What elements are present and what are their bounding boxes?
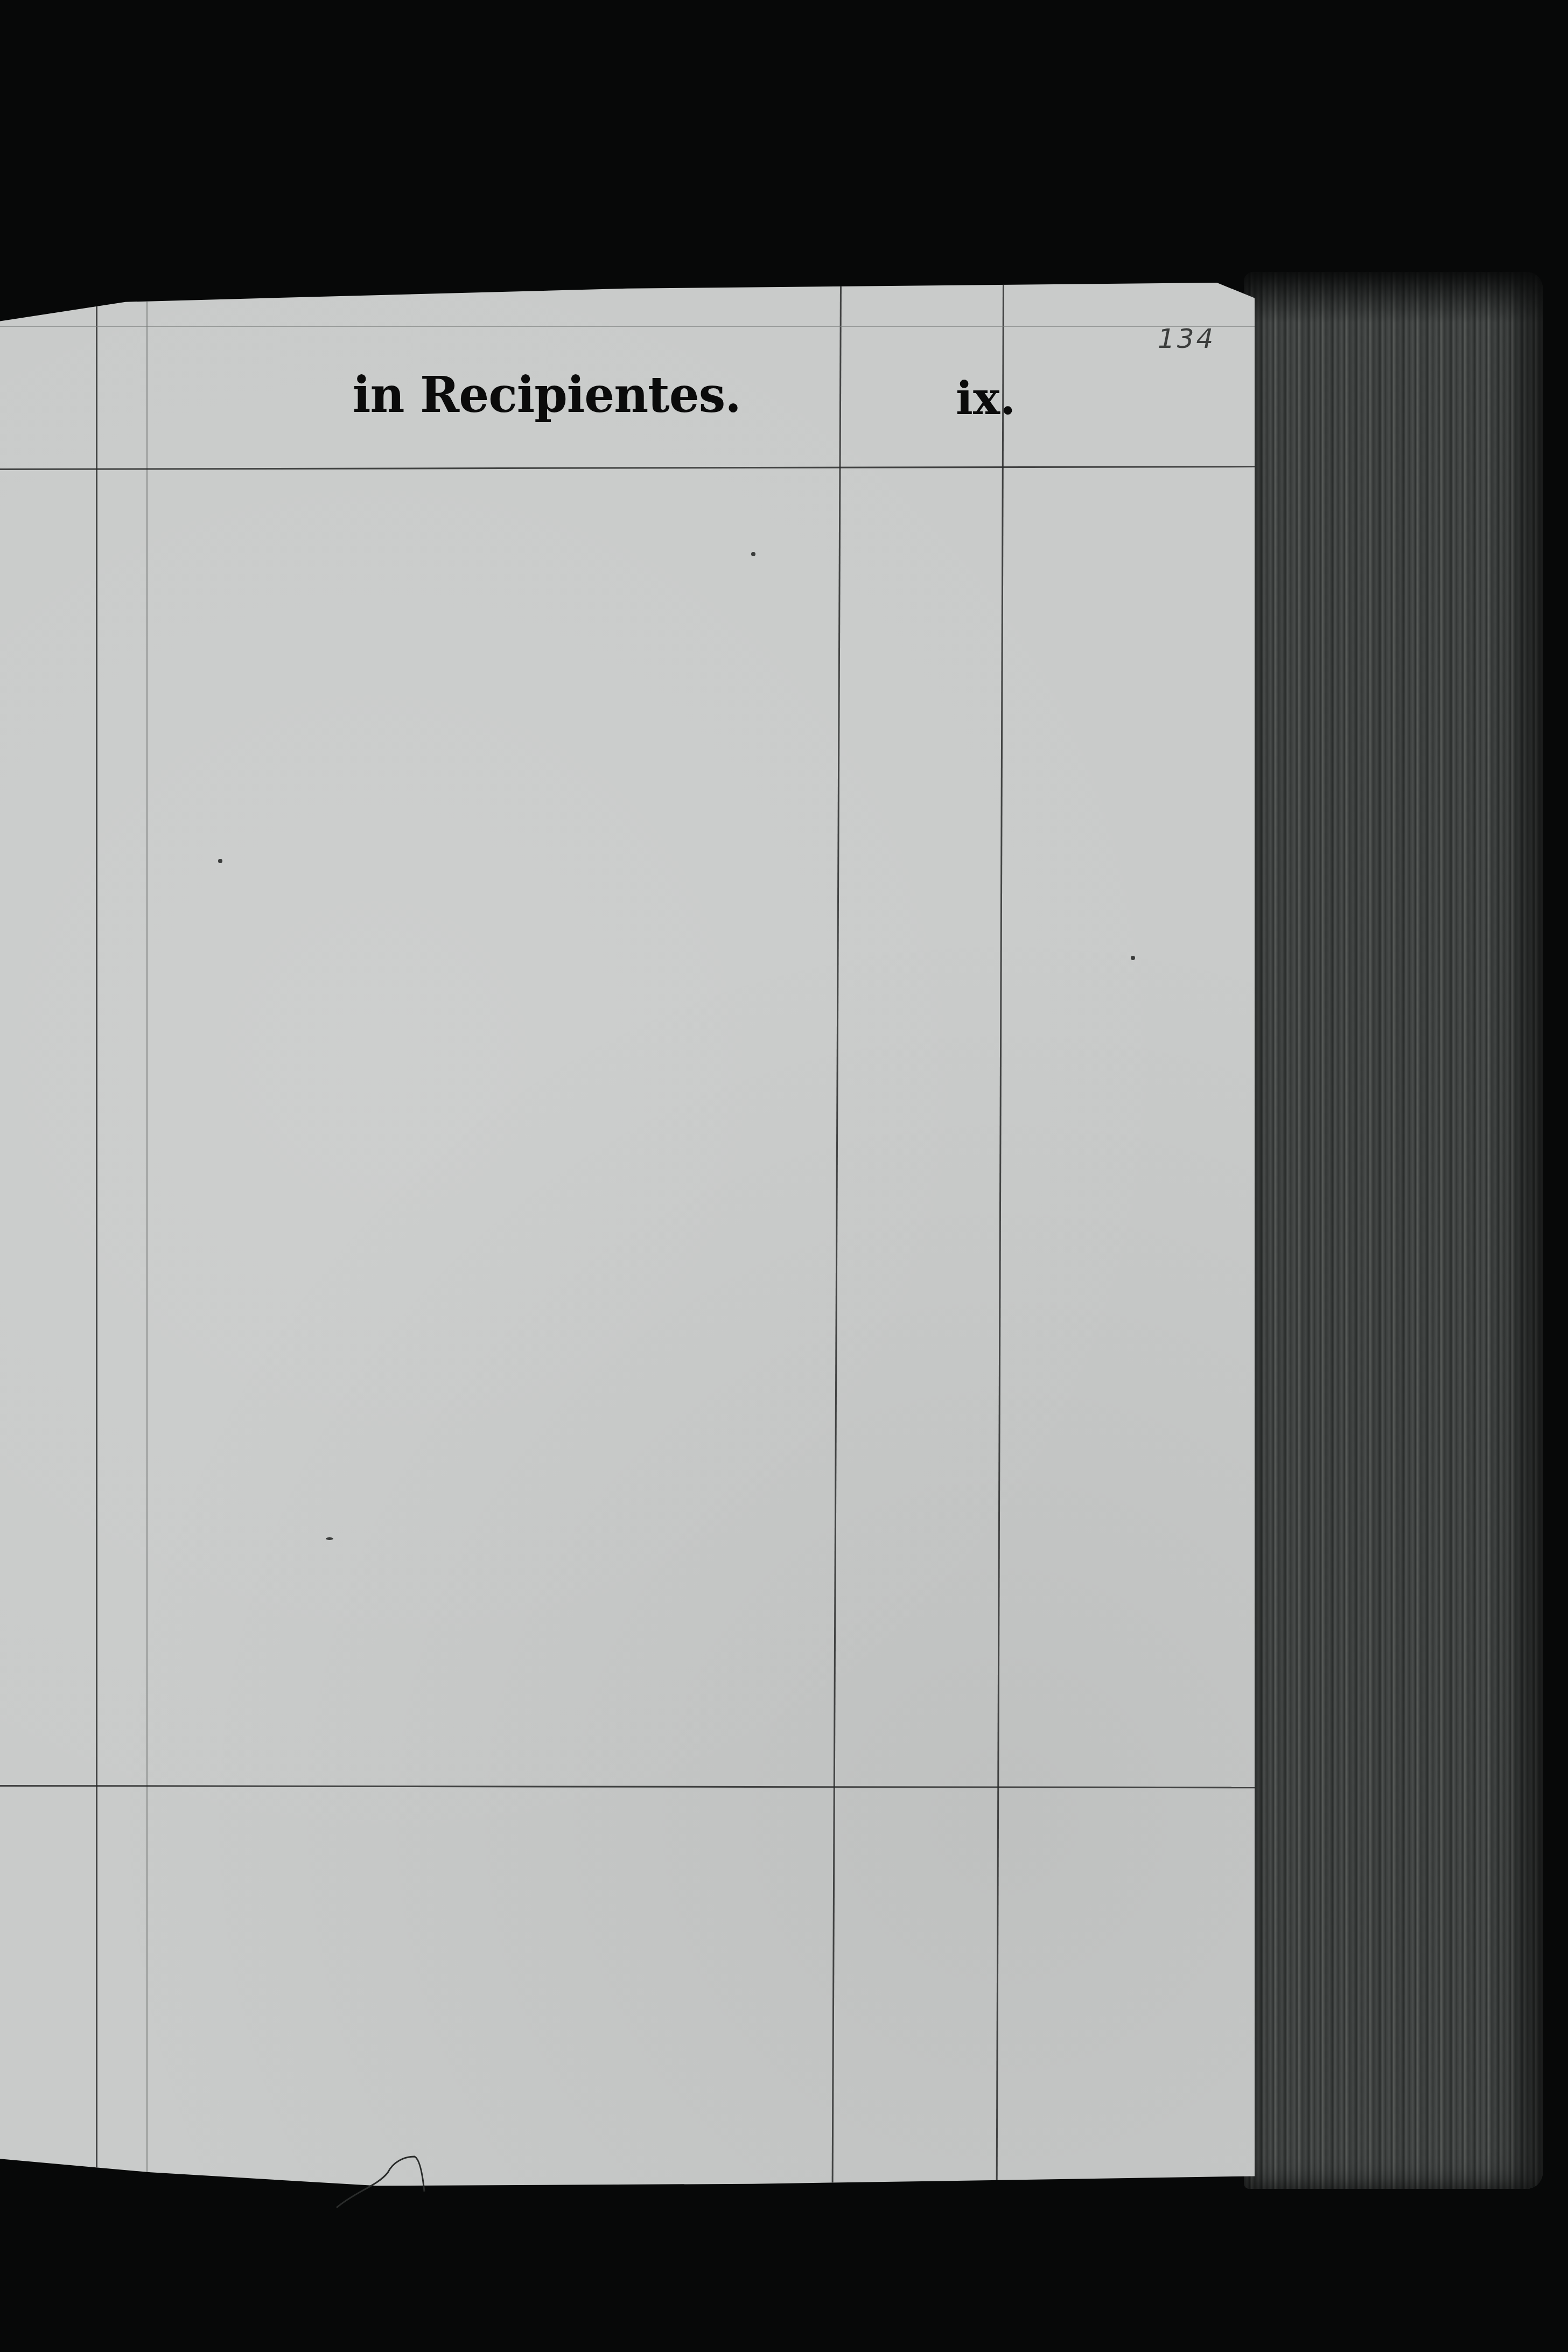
manuscript-page (0, 283, 1255, 2205)
ruling-horizontal-header (0, 466, 1255, 470)
running-title: in Recipientes. (353, 365, 741, 423)
stray-hair-mark (334, 2154, 463, 2213)
paper-speck (1131, 956, 1135, 960)
manuscript-photograph: in Recipientes. ix. 134 (0, 0, 1568, 2352)
ruling-vertical-outer-left (96, 283, 97, 2189)
ruling-horizontal-top (0, 326, 1255, 327)
ruling-horizontal-lower (0, 1785, 1255, 1788)
ruling-vertical-margin-right (996, 283, 1004, 2200)
book-fore-edge (1244, 272, 1543, 2189)
paper-speck (218, 859, 222, 863)
paper-speck (751, 552, 755, 556)
paper-speck (326, 1537, 333, 1540)
ruling-vertical-inner-left (146, 283, 148, 2189)
chapter-numeral: ix. (956, 372, 1016, 425)
ruling-vertical-column-right (831, 283, 842, 2200)
fore-edge-shadow (1244, 258, 1567, 323)
folio-number: 134 (1158, 323, 1215, 354)
